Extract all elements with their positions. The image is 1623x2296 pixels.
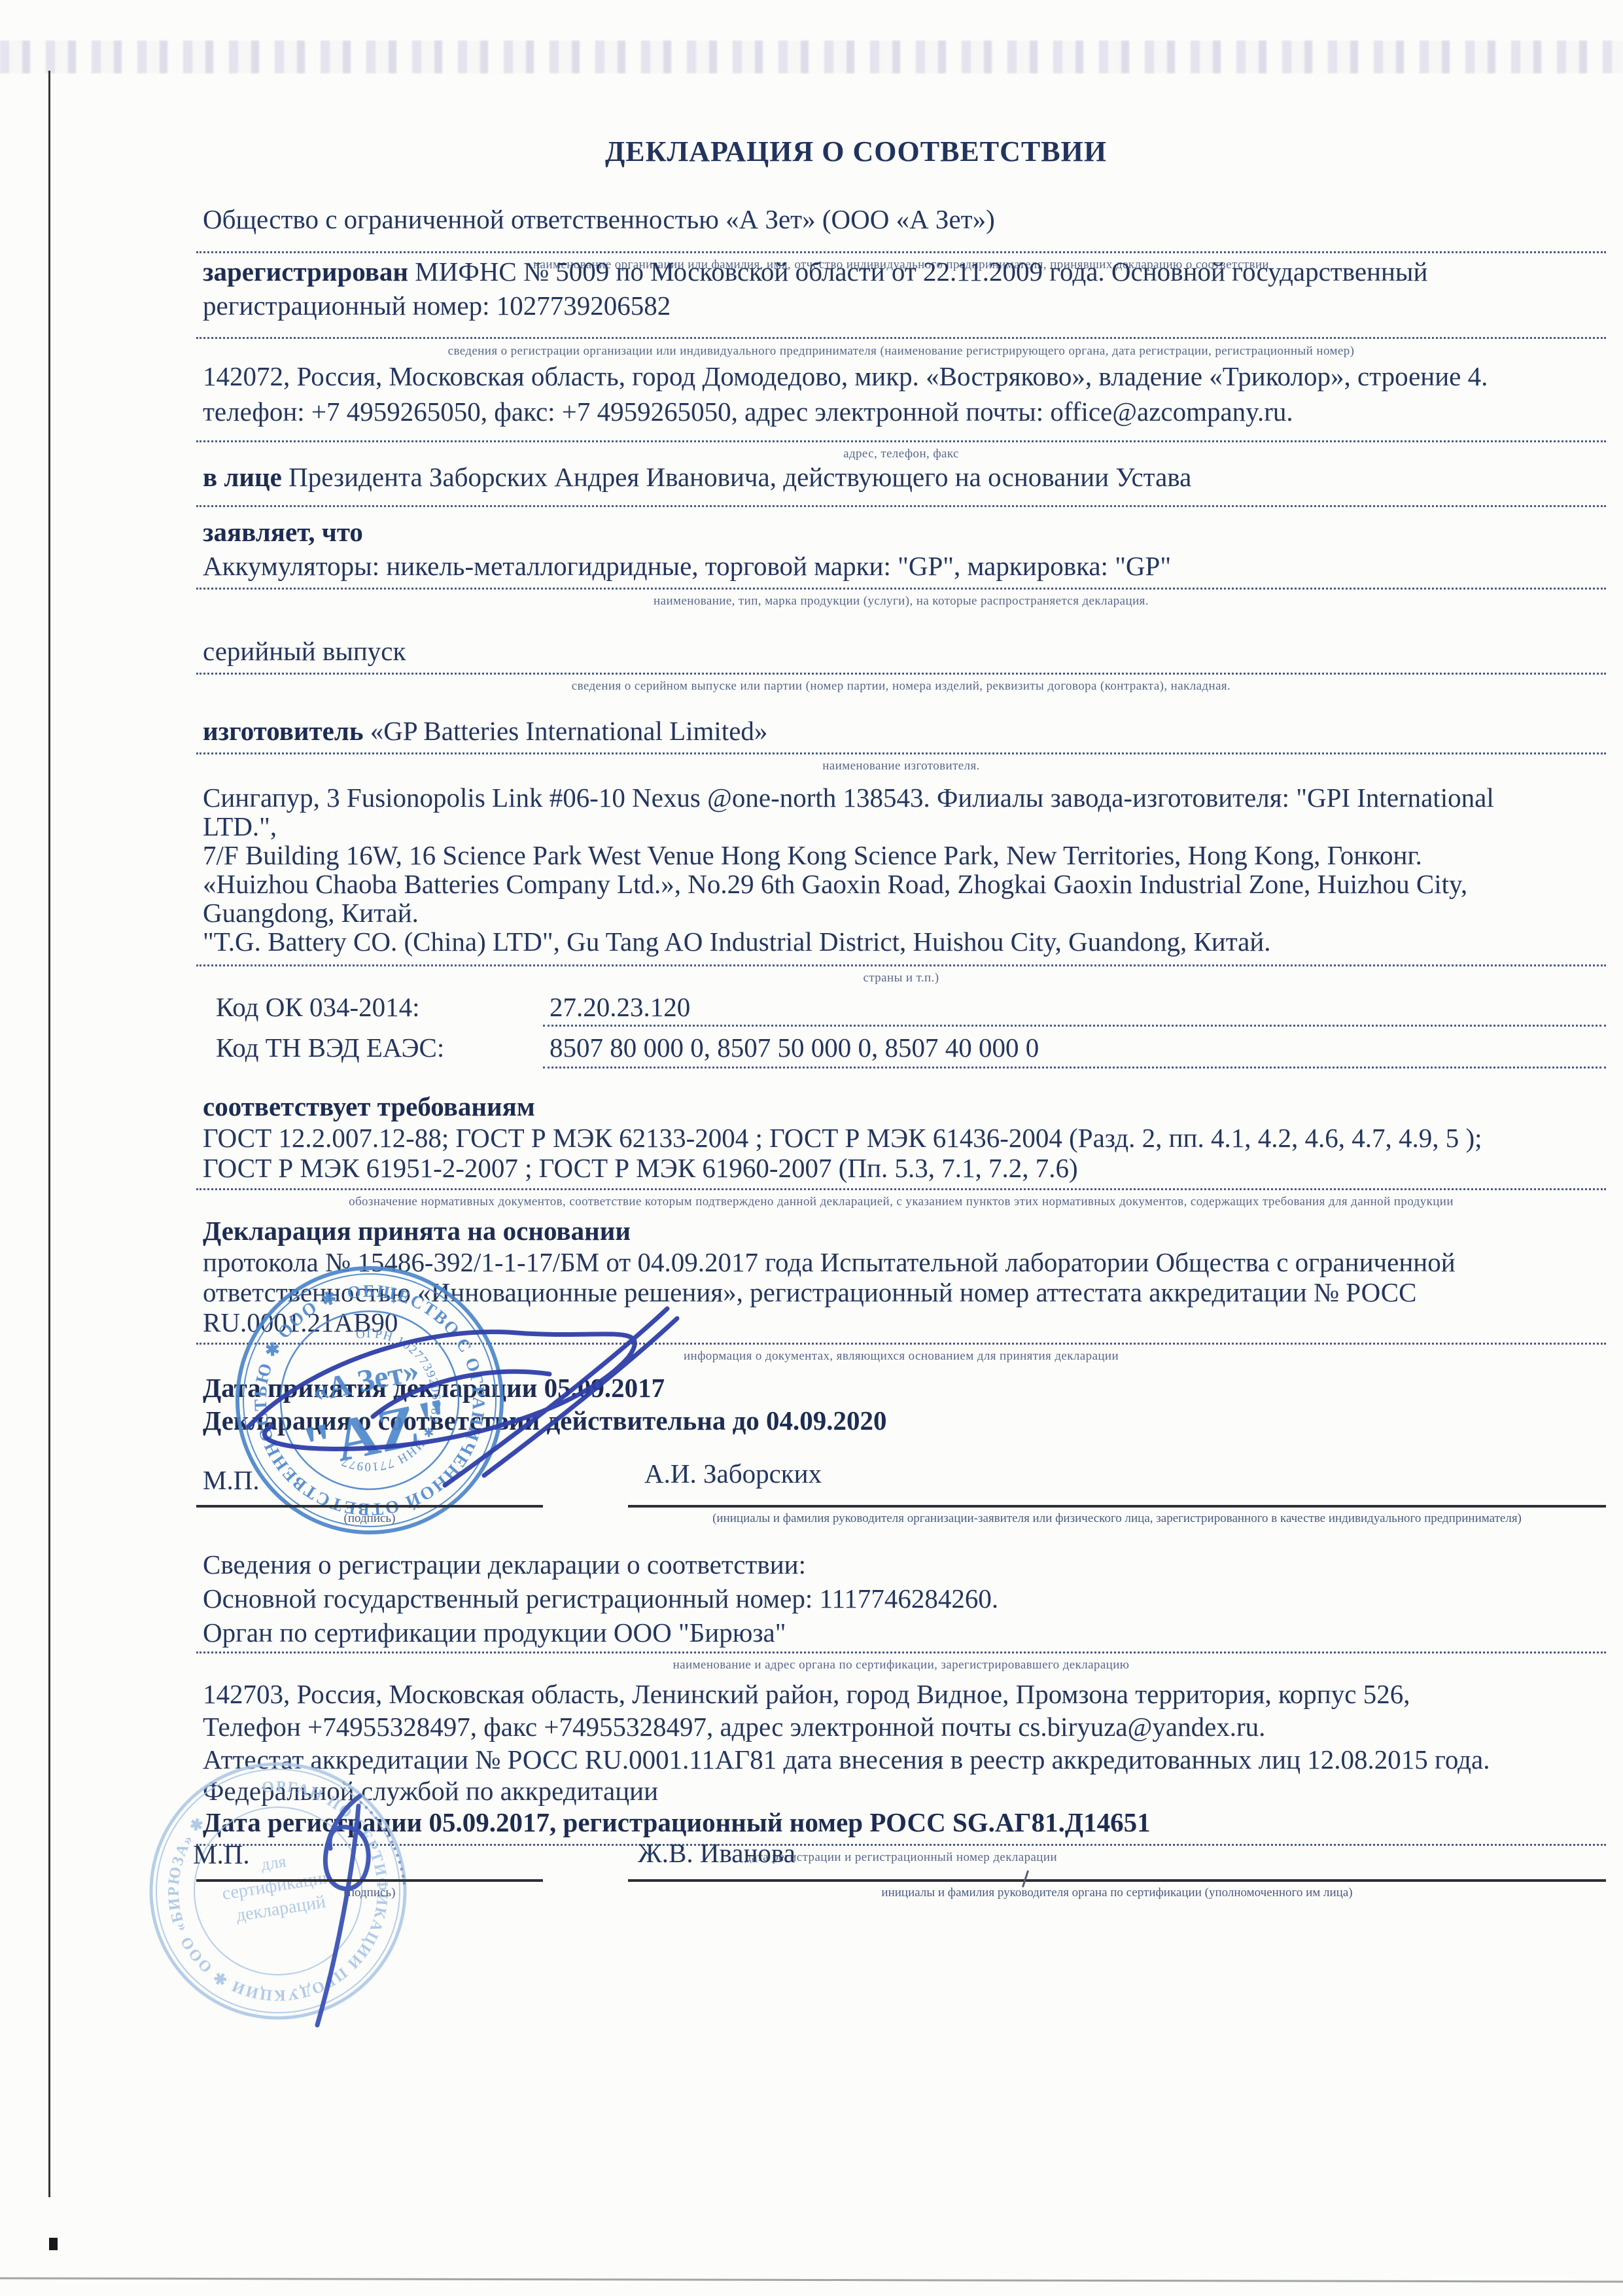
certification-body-line: Орган по сертификации продукции ООО "Бир…	[203, 1617, 1606, 1648]
scan-left-edge-line	[48, 71, 50, 2197]
manufacturer-address-line: Guangdong, Китай.	[203, 898, 1606, 928]
representative-line: в лице Президента Заборских Андрея Ивано…	[203, 462, 1606, 492]
signature-line	[196, 1879, 543, 1882]
basis-heading: Декларация принята на основании	[203, 1216, 1606, 1246]
divider	[196, 505, 1606, 507]
standards-line2: ГОСТ Р МЭК 61951-2-2007 ; ГОСТ Р МЭК 619…	[203, 1153, 1606, 1183]
certification-body-caption: наименование и адрес органа по сертифика…	[196, 1658, 1606, 1672]
product-caption: наименование, тип, марка продукции (услу…	[196, 594, 1606, 609]
representative-lead: в лице	[203, 462, 282, 492]
divider	[196, 251, 1606, 253]
stamp-place-label: М.П.	[203, 1464, 260, 1496]
divider	[196, 337, 1606, 339]
serial-caption: сведения о серийном выпуске или партии (…	[196, 679, 1606, 694]
scan-bottom-edge	[0, 2277, 1623, 2282]
divider	[196, 673, 1606, 675]
standards-caption: обозначение нормативных документов, соот…	[196, 1195, 1606, 1209]
manufacturer-lead: изготовитель	[203, 716, 364, 746]
registration-ogrn: Основной государственный регистрационный…	[203, 1583, 1606, 1614]
code-ok-value: 27.20.23.120	[550, 992, 690, 1022]
page-title: ДЕКЛАРАЦИЯ О СООТВЕТСТВИИ	[44, 135, 1623, 168]
declarant-registration-line1: зарегистрирован МИФНС № 5009 по Московск…	[203, 256, 1606, 287]
manufacturer-address-line: Сингапур, 3 Fusionopolis Link #06-10 Nex…	[203, 783, 1606, 813]
divider	[196, 752, 1606, 754]
signature-caption: (подпись)	[196, 1886, 543, 1900]
certifier-signature	[262, 1767, 432, 2045]
declares-label: заявляет, что	[203, 517, 1606, 547]
declaration-document: ДЕКЛАРАЦИЯ О СООТВЕТСТВИИ Общество с огр…	[0, 0, 1623, 2296]
certifier-head-name: Ж.В. Иванова	[638, 1837, 795, 1869]
signature-line	[196, 1505, 543, 1508]
divider	[196, 440, 1606, 442]
certifier-head-caption: инициалы и фамилия руководителя органа п…	[628, 1886, 1606, 1900]
divider	[196, 1188, 1606, 1190]
manufacturer-address-line: LTD.",	[203, 811, 1606, 841]
registration-rest: МИФНС № 5009 по Московской области от 22…	[408, 256, 1427, 287]
registration-info-heading: Сведения о регистрации декларации о соот…	[203, 1549, 1606, 1580]
declarant-address-line1: 142072, Россия, Московская область, горо…	[203, 361, 1606, 391]
divider	[543, 1025, 1606, 1027]
declarant-name: Общество с ограниченной ответственностью…	[203, 204, 1606, 234]
manufacturer-address-line: "T.G. Battery CO. (China) LTD", Gu Tang …	[203, 927, 1606, 957]
manufacturer-name: «GP Batteries International Limited»	[364, 716, 768, 746]
product-line: Аккумуляторы: никель-металлогидридные, т…	[203, 551, 1606, 581]
serial-line: серийный выпуск	[203, 636, 1606, 666]
scan-corner-mark	[49, 2238, 58, 2250]
certification-body-address: 142703, Россия, Московская область, Лени…	[203, 1679, 1606, 1709]
declarant-head-name: А.И. Заборских	[644, 1458, 822, 1489]
stamp-place-label: М.П.	[193, 1839, 250, 1870]
signature-line	[628, 1879, 1606, 1882]
country-caption: страны и т.п.)	[196, 971, 1606, 985]
manufacturer-line: изготовитель «GP Batteries International…	[203, 716, 1606, 746]
code-ok-label: Код ОК 034-2014:	[216, 992, 419, 1022]
compliance-heading: соответствует требованиям	[203, 1091, 1606, 1122]
signature-caption: (подпись)	[196, 1511, 543, 1526]
divider	[196, 588, 1606, 590]
representative-rest: Президента Заборских Андрея Ивановича, д…	[282, 462, 1191, 492]
declarant-registration-line2: регистрационный номер: 1027739206582	[203, 291, 1606, 321]
code-tnved-value: 8507 80 000 0, 8507 50 000 0, 8507 40 00…	[550, 1033, 1039, 1063]
manufacturer-address-line: 7/F Building 16W, 16 Science Park West V…	[203, 840, 1606, 870]
declarant-address-caption: адрес, телефон, факс	[196, 447, 1606, 461]
manufacturer-address-line: «Huizhou Chaoba Batteries Company Ltd.»,…	[203, 869, 1606, 899]
code-tnved-label: Код ТН ВЭД ЕАЭС:	[216, 1033, 444, 1063]
certification-body-contacts: Телефон +74955328497, факс +74955328497,…	[203, 1712, 1606, 1742]
declarant-registration-caption: сведения о регистрации организации или и…	[196, 344, 1606, 359]
manufacturer-caption: наименование изготовителя.	[196, 759, 1606, 773]
scan-noise-band	[0, 41, 1623, 73]
registration-lead: зарегистрирован	[203, 256, 408, 287]
divider	[543, 1067, 1606, 1069]
divider	[196, 1651, 1606, 1653]
divider	[196, 964, 1606, 966]
declarant-head-caption: (инициалы и фамилия руководителя организ…	[628, 1511, 1606, 1526]
declarant-address-line2: телефон: +7 4959265050, факс: +7 4959265…	[203, 397, 1606, 427]
standards-line1: ГОСТ 12.2.007.12-88; ГОСТ Р МЭК 62133-20…	[203, 1123, 1606, 1153]
signature-line	[628, 1505, 1606, 1508]
